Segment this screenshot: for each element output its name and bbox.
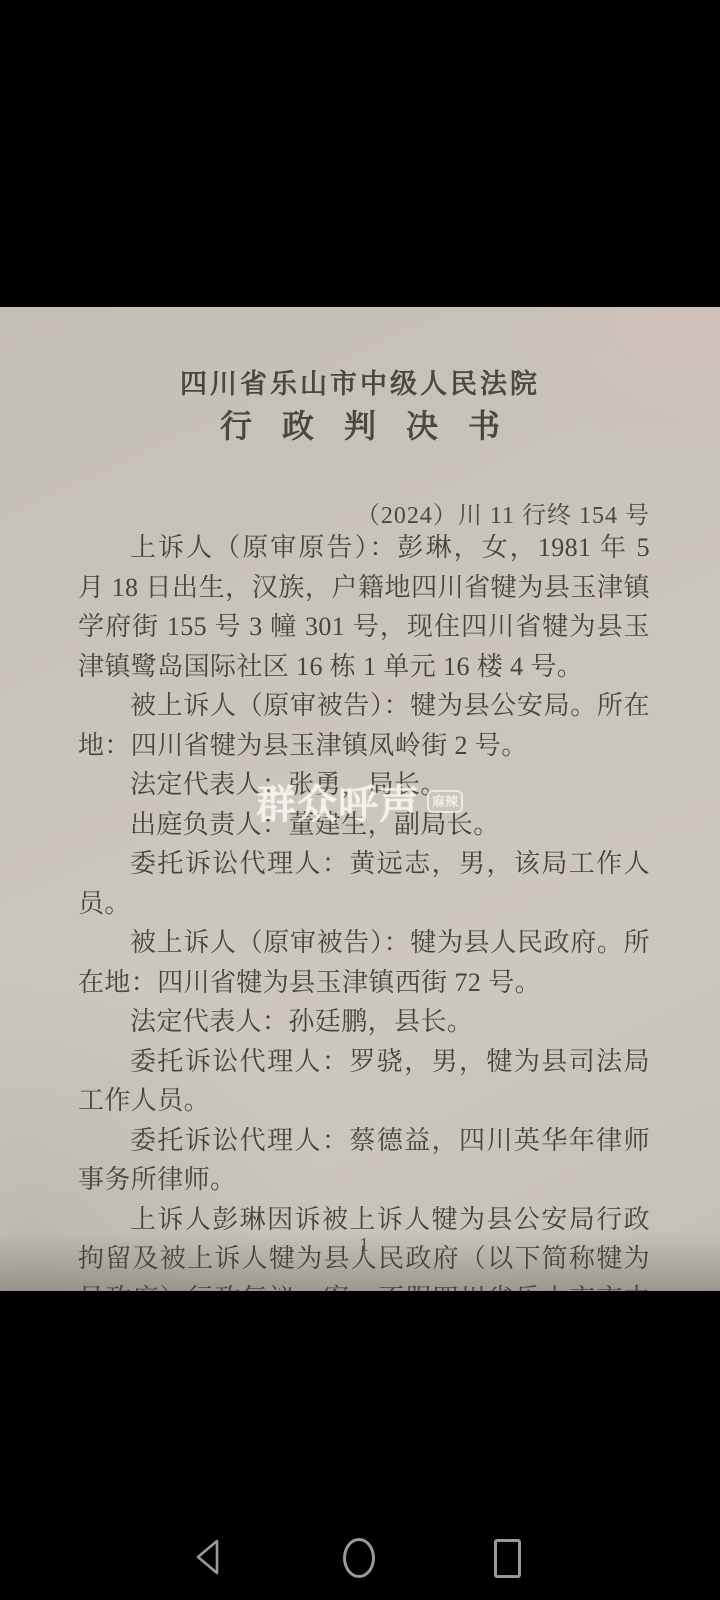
- document-title: 行政判决书: [15, 401, 720, 447]
- body-paragraph: 委托诉讼代理人：黄远志，男，该局工作人员。: [78, 844, 650, 923]
- body-paragraph: 委托诉讼代理人：罗骁，男，犍为县司法局工作人员。: [78, 1042, 650, 1121]
- page-number: 1: [78, 1234, 650, 1257]
- case-number: （2024）川 11 行终 154 号: [356, 495, 650, 530]
- body-paragraph: 上诉人（原审原告）：彭琳，女，1981 年 5 月 18 日出生，汉族，户籍地四…: [78, 528, 650, 686]
- body-paragraph: 法定代表人：孙廷鹏，县长。: [78, 1002, 650, 1042]
- back-icon: [192, 1537, 222, 1580]
- home-icon: [343, 1538, 375, 1578]
- body-paragraph: 出庭负责人：董建生，副局长。: [78, 805, 650, 845]
- home-button[interactable]: [327, 1530, 391, 1586]
- court-name: 四川省乐山市中级人民法院: [0, 362, 720, 401]
- back-button[interactable]: [175, 1530, 239, 1586]
- recents-icon: [494, 1539, 521, 1578]
- top-letterbox: [0, 0, 720, 307]
- document-photo[interactable]: 四川省乐山市中级人民法院 行政判决书 （2024）川 11 行终 154 号 上…: [0, 307, 720, 1291]
- body-paragraph: 法定代表人：张勇，局长。: [78, 765, 650, 805]
- body-paragraph: 被上诉人（原审被告）：犍为县人民政府。所在地：四川省犍为县玉津镇西街 72 号。: [78, 923, 650, 1002]
- android-navbar: [0, 1500, 720, 1600]
- body-paragraph: 被上诉人（原审被告）：犍为县公安局。所在地：四川省犍为县玉津镇凤岭街 2 号。: [78, 686, 650, 765]
- recents-button[interactable]: [475, 1530, 539, 1586]
- body-paragraph: 委托诉讼代理人：蔡德益，四川英华年律师事务所律师。: [78, 1121, 650, 1200]
